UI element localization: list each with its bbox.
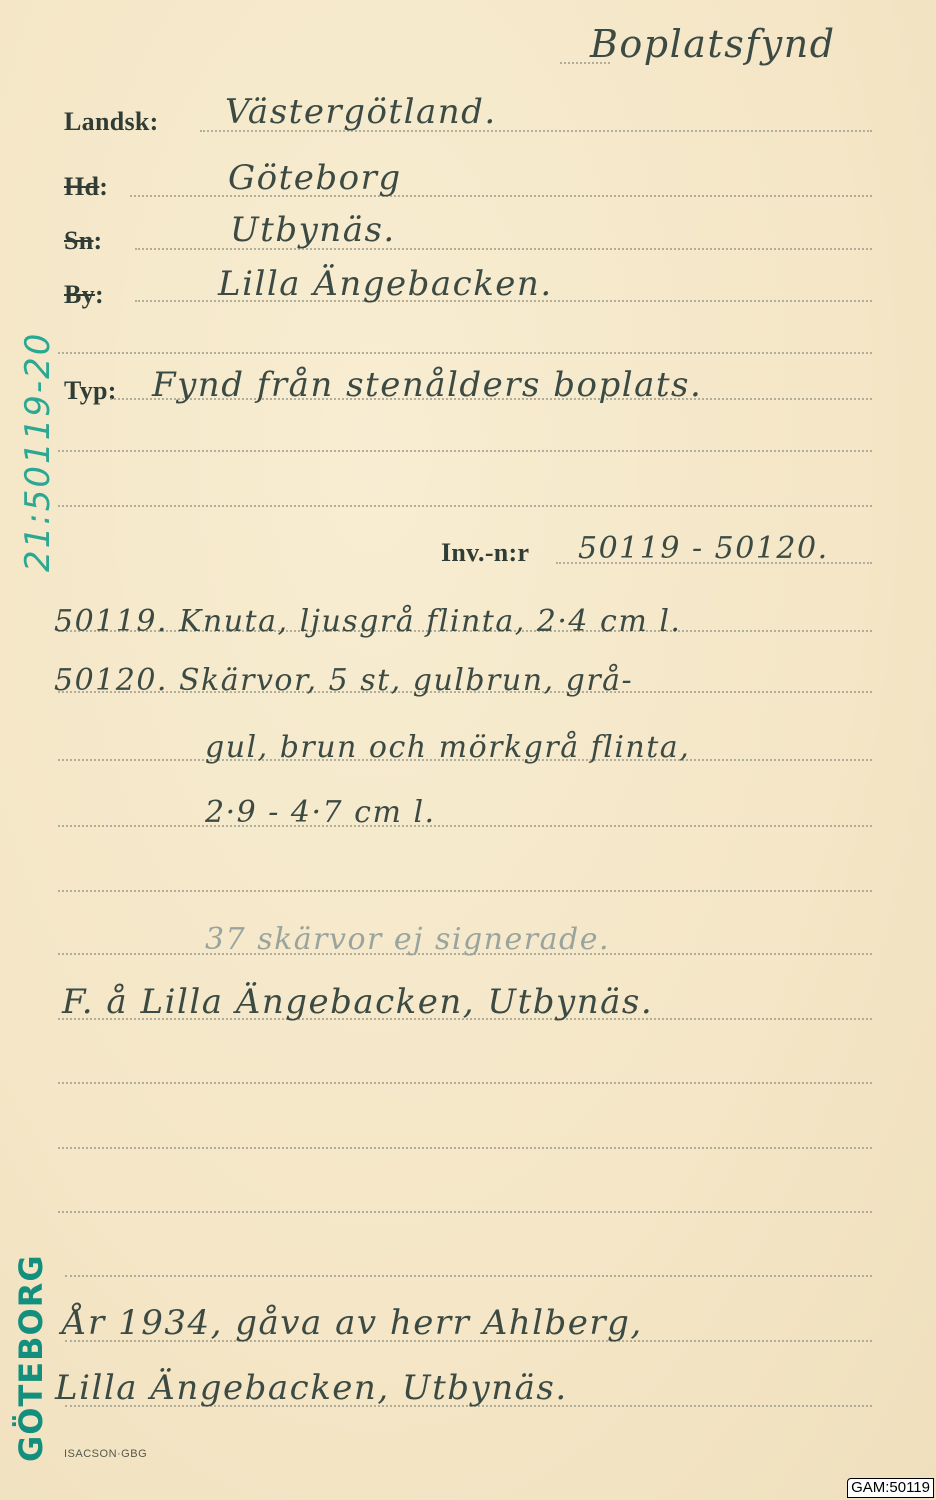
entry-line: 2·9 - 4·7 cm l. [205, 795, 436, 830]
catalog-card: Boplatsfynd Landsk: Västergötland. Hd: G… [0, 0, 936, 1500]
field-label-landsk: Landsk: [64, 107, 159, 137]
field-label-by: By: [64, 280, 104, 310]
acquisition-line: Lilla Ängebacken, Utbynäs. [55, 1368, 568, 1408]
dotted-line [58, 1082, 872, 1084]
dotted-line [58, 450, 872, 452]
pencil-note: 37 skärvor ej signerade. [205, 922, 610, 957]
field-value-sn: Utbynäs. [230, 210, 396, 250]
dotted-line [65, 1275, 872, 1277]
inventory-label: Inv.-n:r [441, 538, 529, 568]
printer-imprint: ISACSON·GBG [64, 1448, 147, 1460]
field-value-typ: Fynd från stenålders boplats. [152, 365, 702, 405]
field-value-by: Lilla Ängebacken. [218, 264, 553, 304]
entry-line: 50120. Skärvor, 5 st, gulbrun, grå- [54, 663, 633, 698]
field-label-hd: Hd: [64, 172, 108, 202]
field-value-landsk: Västergötland. [225, 92, 497, 132]
inventory-value: 50119 - 50120. [578, 531, 829, 566]
field-value-hd: Göteborg [228, 158, 402, 198]
dotted-line [58, 1147, 872, 1149]
find-place: F. å Lilla Ängebacken, Utbynäs. [62, 982, 653, 1022]
entry-line: 50119. Knuta, ljusgrå flinta, 2·4 cm l. [54, 604, 681, 639]
dotted-line [58, 505, 872, 507]
margin-note: 21:50119-20 [18, 332, 58, 572]
category-heading: Boplatsfynd [590, 22, 836, 66]
entry-line: gul, brun och mörkgrå flinta, [205, 730, 690, 765]
field-label-typ: Typ: [64, 376, 117, 406]
acquisition-line: År 1934, gåva av herr Ahlberg, [62, 1303, 643, 1343]
field-label-sn: Sn: [64, 226, 103, 256]
dotted-line [58, 352, 872, 354]
dotted-line [58, 1211, 872, 1213]
dotted-line [58, 890, 872, 892]
catalog-id-label: GAM:50119 [847, 1478, 934, 1498]
museum-stamp: GÖTEBORG [12, 1254, 50, 1462]
dotted-line [58, 825, 872, 827]
